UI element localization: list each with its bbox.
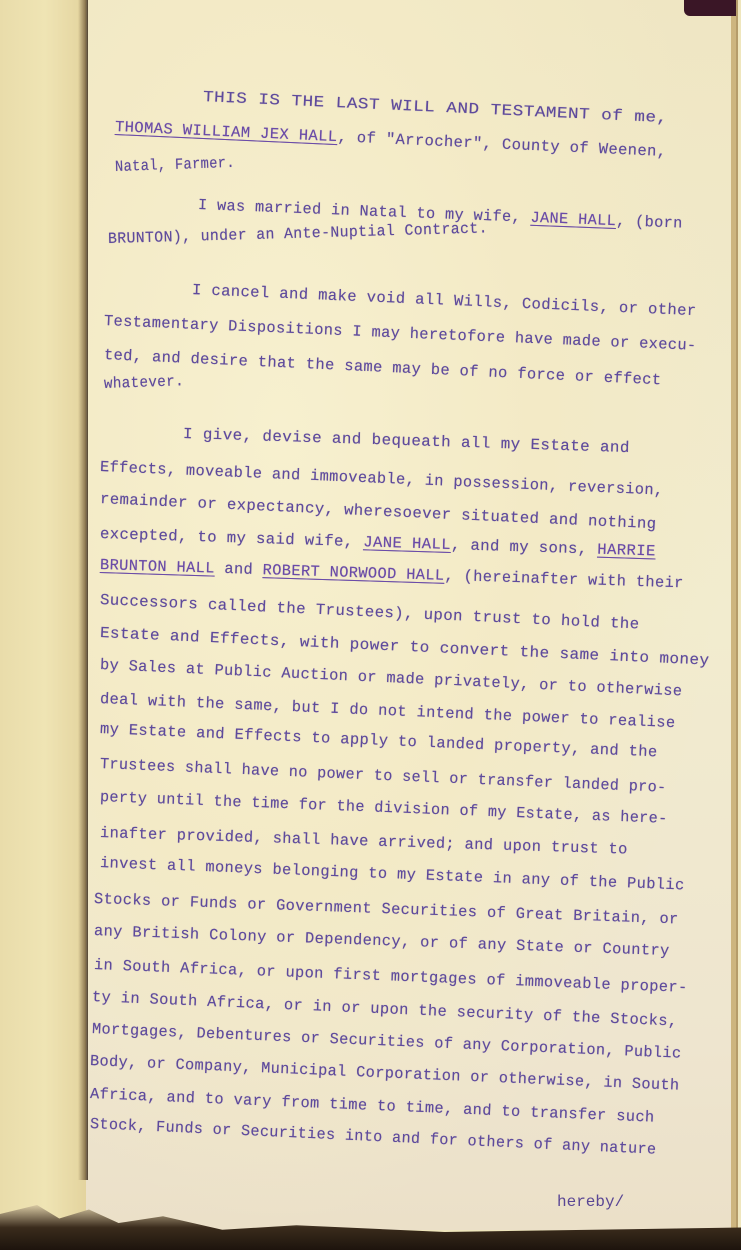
text-segment: Testamentary Dispositions I may heretofo… — [104, 312, 697, 355]
text-segment: excepted, to my said wife, — [100, 525, 364, 551]
text-line: Stocks or Funds or Government Securities… — [94, 890, 679, 928]
text-segment: any British Colony or Dependency, or of … — [94, 922, 670, 960]
text-line: THIS IS THE LAST WILL AND TESTAMENT of m… — [203, 88, 668, 127]
text-line: any British Colony or Dependency, or of … — [94, 922, 670, 960]
text-segment: I give, devise and bequeath all my Estat… — [183, 425, 630, 457]
text-segment: , and my sons, — [451, 536, 598, 559]
catchword: hereby/ — [557, 1193, 624, 1211]
text-line: I give, devise and bequeath all my Estat… — [183, 425, 630, 457]
text-line: whatever. — [104, 372, 185, 393]
underlined-name: JANE HALL — [363, 533, 451, 554]
text-line: Natal, Farmer. — [115, 154, 236, 176]
text-line: BRUNTON), under an Ante-Nuptial Contract… — [108, 219, 488, 248]
text-segment: and — [215, 560, 263, 579]
text-line: excepted, to my said wife, JANE HALL, an… — [100, 525, 656, 560]
will-text: THIS IS THE LAST WILL AND TESTAMENT of m… — [0, 0, 741, 1250]
text-line: ted, and desire that the same may be of … — [104, 346, 662, 389]
underlined-name: ROBERT NORWOOD HALL — [262, 561, 444, 585]
text-line: BRUNTON HALL and ROBERT NORWOOD HALL, (h… — [100, 556, 684, 592]
text-segment: inafter provided, shall have arrived; an… — [100, 824, 628, 859]
text-segment: I cancel and make void all Wills, Codici… — [192, 281, 697, 320]
text-segment: in South Africa, or upon first mortgages… — [94, 956, 688, 997]
text-line: Testamentary Dispositions I may heretofo… — [104, 312, 697, 355]
text-line: I cancel and make void all Wills, Codici… — [192, 281, 697, 320]
text-segment: , (born — [616, 212, 683, 233]
text-segment: Natal, Farmer. — [115, 154, 236, 176]
text-segment: invest all moneys belonging to my Estate… — [100, 854, 685, 894]
text-segment: whatever. — [104, 372, 185, 393]
text-segment: Stocks or Funds or Government Securities… — [94, 890, 679, 928]
text-segment: THIS IS THE LAST WILL AND TESTAMENT of m… — [203, 88, 668, 127]
text-segment: , (hereinafter with their — [444, 567, 684, 593]
text-segment: BRUNTON), under an Ante-Nuptial Contract… — [108, 219, 488, 248]
underlined-name: HARRIE — [597, 541, 656, 561]
text-line: perty until the time for the division of… — [100, 788, 668, 828]
text-segment: ted, and desire that the same may be of … — [104, 346, 662, 389]
text-line: inafter provided, shall have arrived; an… — [100, 824, 628, 859]
text-segment: , of "Arrocher", County of Weenen, — [337, 128, 667, 161]
text-line: invest all moneys belonging to my Estate… — [100, 854, 685, 894]
text-line: in South Africa, or upon first mortgages… — [94, 956, 688, 997]
underlined-name: THOMAS WILLIAM JEX HALL — [115, 118, 338, 146]
underlined-name: BRUNTON HALL — [100, 556, 215, 578]
text-segment: perty until the time for the division of… — [100, 788, 668, 828]
underlined-name: JANE HALL — [530, 209, 616, 230]
